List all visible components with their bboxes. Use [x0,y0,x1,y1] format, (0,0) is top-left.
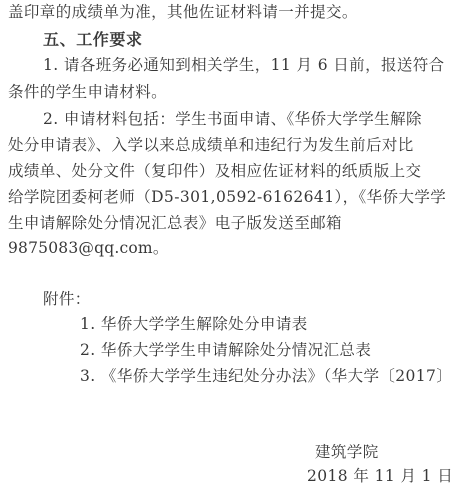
contact-email-text: 9875083@qq.com。 [8,240,169,257]
attachment-item-1: 1. 华侨大学学生解除处分申请表 [80,316,308,333]
requirement1-line1: 1. 请各班务必通知到相关学生，11 月 6 日前，报送符合 [43,57,445,74]
notice-document-page: 盖印章的成绩单为准，其他佐证材料请一并提交。 五、工作要求 1. 请各班务必通知… [0,0,451,497]
section-heading: 五、工作要求 [43,31,143,49]
paragraph-continuation-line: 盖印章的成绩单为准，其他佐证材料请一并提交。 [8,4,358,21]
requirement2-line3: 成绩单、处分文件（复印件）及相应佐证材料的纸质版上交 [8,163,421,180]
requirement2-line4: 给学院团委柯老师（D5-301,0592-6162641），《华侨大学学 [8,189,446,206]
signature-date: 2018 年 11 月 1 日 [307,468,451,485]
signature-organization: 建筑学院 [315,444,379,461]
requirement2-line1: 2. 申请材料包括：学生书面申请、《华侨大学学生解除 [43,111,422,128]
requirement1-line2: 条件的学生申请材料。 [8,84,167,101]
attachment-item-2: 2. 华侨大学学生申请解除处分情况汇总表 [80,342,371,359]
attachment-item-3: 3. 《华侨大学学生违纪处分办法》（华大学〔2017〕38 号） [80,368,451,385]
requirement2-line2: 处分申请表》、入学以来总成绩单和违纪行为发生前后对比 [8,137,414,154]
requirement2-line5: 生申请解除处分情况汇总表》电子版发送至邮箱 [8,215,342,232]
attachments-label: 附件： [43,291,91,308]
